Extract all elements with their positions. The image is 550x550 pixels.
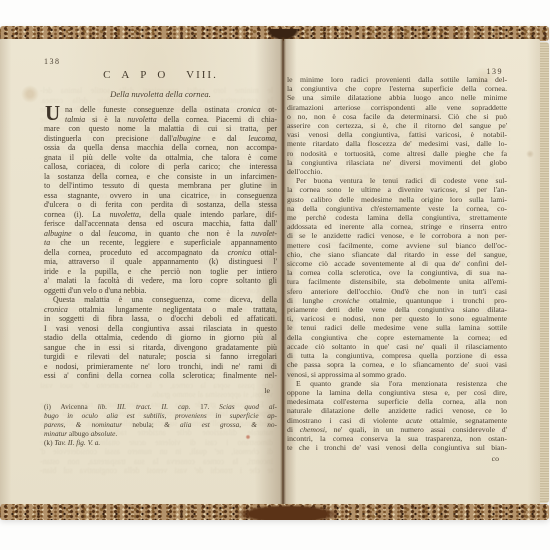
text-line: chio, che siano sfiancate dal ritardo in… (287, 250, 507, 259)
text-line: vasi venosi della congiuntiva, fattisi v… (287, 130, 507, 139)
text-line: ferisce dall'accennata densa ed oscura m… (44, 219, 277, 229)
text-line: ti, varicosi e nodosi, non per questo lo… (287, 314, 507, 323)
text-line: I vasi venosi della congiuntiva assai ri… (44, 324, 277, 334)
text-line: ossia da quella densa macchia della corn… (44, 143, 277, 153)
chapter-heading: C A P O VIII. (44, 69, 277, 81)
text-line: talmia si è la nuvoletta della cornea. P… (44, 115, 277, 125)
text-line: minatur albugo absolute. (44, 429, 277, 438)
text-line: la cornea colla sclerotica, ove la congi… (287, 268, 507, 277)
text-line: albugine o dal leucoma, in quanto che no… (44, 229, 277, 239)
text-line: essi a' confini della cornea colla scler… (44, 371, 277, 381)
text-line: ta che un recente, leggiere e superficia… (44, 238, 277, 248)
text-line: essa stagnante, ovvero in una cicatrice,… (44, 191, 277, 201)
text-line: mare con questo nome la malattia di cui … (44, 124, 277, 134)
text-line: stadio della ottalmia, cedendo di giorno… (44, 333, 277, 343)
text-line: mia, attraverso il quale appannamento (k… (44, 257, 277, 267)
text-line: dimostrano i casi di violente acute otta… (287, 416, 507, 425)
text-line: addossata ed inerente alla cornea, strin… (287, 222, 507, 231)
text-line: na della congiuntiva ch'esternamente ves… (287, 204, 507, 213)
text-line: to dell'intimo tessuto di questa membran… (44, 181, 277, 191)
text-line: te che i tronchi de' vasi venosi della c… (287, 443, 507, 452)
text-line: la sostanza della cornea, e che consiste… (44, 172, 277, 182)
text-line: oggetti d'un velo o d'una nebbia. (44, 286, 277, 296)
text-line: le tenui radici delle medesime vene sull… (287, 323, 507, 332)
text-line: e nodosi, primieramente ne' loro tronchi… (44, 362, 277, 372)
catchword-right: co (287, 454, 499, 463)
open-book: le minime loro radici provenienti dalla … (0, 26, 549, 520)
text-line: venosi, si approssima al sommo grado. (287, 370, 507, 379)
text-line: di chemosi, ne' quali, in un numero assa… (287, 425, 507, 434)
text-line: na delle funeste conseguenze della ostin… (44, 105, 277, 115)
text-line: siccome ciò accade soventemente al di qu… (287, 259, 507, 268)
text-line: medesimata coll'esterna superficie della… (287, 397, 507, 406)
text-line: d'ulcera o di ferita con perdita di sost… (44, 200, 277, 210)
text-line: le minime loro radici provenienti dalla … (287, 75, 507, 84)
text-line: iride e la pupilla, e che perciò non tog… (44, 267, 277, 277)
text-line: turgidi e rilevati del naturale; poscia … (44, 352, 277, 362)
text-line: in soggetti di fibra lassa, o d'occhi de… (44, 314, 277, 324)
text-line: della congiuntiva che copre esternamente… (287, 333, 507, 342)
text-line: accade ciò soltanto in que' casi ne' qua… (287, 342, 507, 351)
text-line: naturale dilatazione delle anzidette rad… (287, 406, 507, 415)
text-line: mente ritardato dalla floscezza de' mede… (287, 139, 507, 148)
text-line: bugo in oculo alia est subtilis, proveni… (44, 411, 277, 420)
text-line: della cornea, proceduto ed accompagnato … (44, 248, 277, 258)
text-line: Questa malattia è una conseguenza, come … (44, 295, 277, 305)
right-page-body-text: le minime loro radici provenienti dalla … (287, 75, 507, 452)
text-line: tura facilmente distensibile, sta debolm… (287, 277, 507, 286)
text-line: che passa sopra la cornea, e lo sfiancam… (287, 360, 507, 369)
text-line: E quanto grande sia l'ora menzionata res… (287, 379, 507, 388)
text-line: mettere così facilmente, come avviene su… (287, 241, 507, 250)
text-line: di se le anzidette radici venose, e le c… (287, 231, 507, 240)
text-line: Se una simile dilatazione abbia luogo an… (287, 93, 507, 102)
text-line: sangue che in essi si ritarda, divengono… (44, 343, 277, 353)
text-line: oppone la lamina della congiuntiva stesa… (287, 388, 507, 397)
text-line: incontri, la cornea conserva la sua tras… (287, 434, 507, 443)
text-line: la congiuntiva che copre l'esterna super… (287, 84, 507, 93)
text-line: la congiuntiva rilasciata ne' diversi mo… (287, 158, 507, 167)
left-page-body-text: na delle funeste conseguenze della ostin… (44, 105, 277, 381)
catchword-left: le (44, 386, 270, 395)
text-line: a' malati la facoltà di vedere, ma loro … (44, 276, 277, 286)
text-line: parens, & nominatur nebula; & alia est g… (44, 420, 277, 429)
text-line: asserire con certezza, si è, che il rito… (287, 121, 507, 130)
text-line: diramazioni arteriose corrispondenti all… (287, 103, 507, 112)
text-line: ro nodosità e tortuosità, come altresì d… (287, 149, 507, 158)
text-line: gnata il più delle volte da ottalmia, ch… (44, 153, 277, 163)
text-line: priamente detti delle vene della congiun… (287, 305, 507, 314)
chapter-subtitle: Della nuvoletta della cornea. (44, 89, 277, 99)
spine-notch-bottom (238, 505, 338, 520)
text-line: di tutta la congiuntiva, compresa quella… (287, 351, 507, 360)
text-line: di lunghe croniche ottalmie, quantunque … (287, 296, 507, 305)
text-line: distinguerla con precisione dall'albugin… (44, 134, 277, 144)
book-gutter (280, 37, 286, 507)
text-line: (k) Tav. II. fig. V. a. (44, 438, 277, 447)
text-line: dell'occhio. (287, 167, 507, 176)
text-line: callosa, coriacea, di colore di perla ca… (44, 162, 277, 172)
text-line: gusto calibro delle medesime nella origi… (287, 195, 507, 204)
text-line: la cornea sono le ultime a divenire vari… (287, 185, 507, 194)
book-photo: le minime loro radici provenienti dalla … (0, 0, 550, 550)
text-line: Per buona ventura le tenui radici di cod… (287, 176, 507, 185)
text-line: me perchè codesta lamina della congiunti… (287, 213, 507, 222)
text-line: cronica ottalmia lungamente negligentata… (44, 305, 277, 315)
page-number-left: 138 (44, 57, 61, 66)
text-line: sfero anteriore dell'occhio. Ond'è che n… (287, 287, 507, 296)
text-line: (i) Avicenna lib. III. tract. II. cap. 1… (44, 402, 277, 411)
page-fore-edge (540, 42, 549, 503)
left-page-footnote: (i) Avicenna lib. III. tract. II. cap. 1… (44, 402, 277, 447)
text-line: cornea (i). La nuvoletta, della quale in… (44, 210, 277, 220)
text-line: o no, non è cosa facile da determinarsi.… (287, 112, 507, 121)
